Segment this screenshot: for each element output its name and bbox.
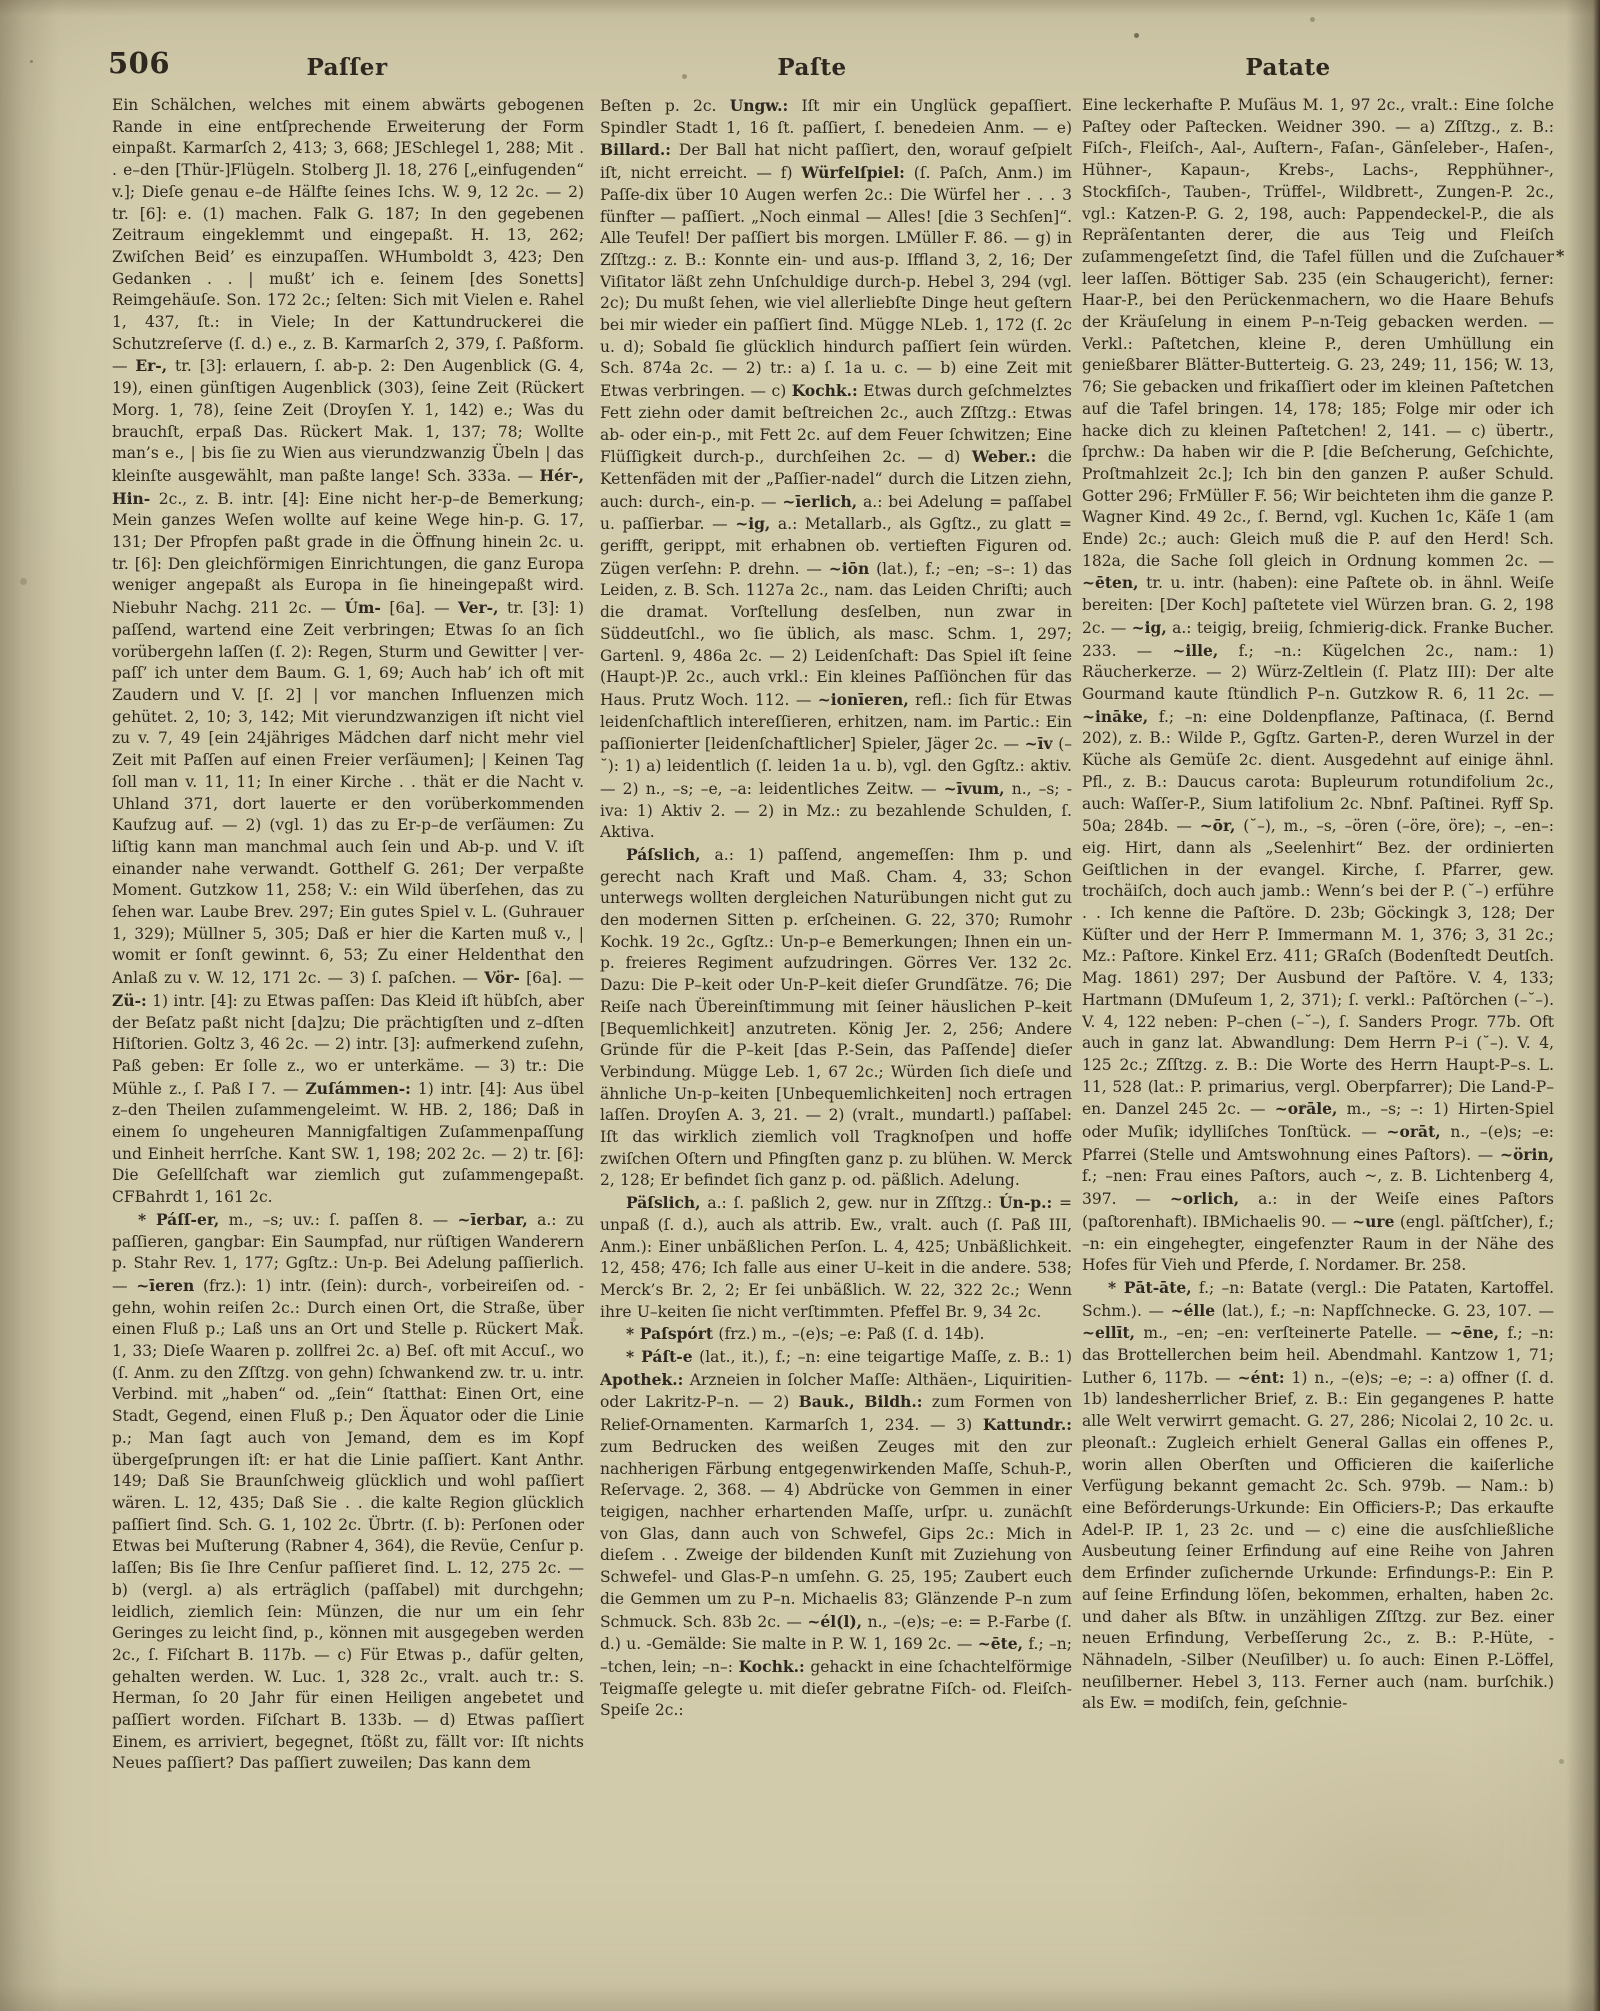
entry-headword: ~īerlich, <box>782 492 857 511</box>
entry-headword: ~orāt, <box>1387 1122 1441 1141</box>
entry-headword: Er-, <box>135 356 167 375</box>
entry-headword: ~ināke, <box>1082 707 1148 726</box>
entry-headword: * Pāt-āte, <box>1108 1278 1192 1297</box>
entry-headword: Weber.: <box>972 447 1037 466</box>
entry-headword: * Páſſ-er, <box>138 1210 219 1229</box>
dictionary-continuation-paragraph: Beſten p. 2c. Ungw.: Iſt mir ein Unglück… <box>600 95 1072 844</box>
entry-headword: Billard.: <box>600 140 671 159</box>
guide-word-paste: Paſte <box>777 54 846 81</box>
entry-headword: ~īv <box>1025 734 1053 753</box>
dictionary-entry-paragraph: Päſslich, a.: ſ. paßlich 2, gew. nur in … <box>600 1192 1072 1323</box>
entry-headword: ~élle <box>1171 1301 1216 1320</box>
paper-specks <box>30 60 33 63</box>
entry-headword: ~ēten, <box>1082 573 1139 592</box>
entry-headword: ~īeren <box>136 1276 194 1295</box>
entry-headword: Würfelſpiel: <box>801 163 905 182</box>
entry-headword: Ún-p.: <box>999 1193 1052 1212</box>
margin-asterisk: * <box>1556 246 1564 265</box>
entry-headword: ~ig, <box>735 514 770 533</box>
entry-headword: ~orlich, <box>1170 1189 1239 1208</box>
entry-headword: ~ure <box>1352 1212 1394 1231</box>
entry-headword: ~ēne, <box>1450 1323 1499 1342</box>
dictionary-page-scan: 506 Paſſer Paſte Patate Ein Schälchen, w… <box>0 0 1600 2011</box>
entry-headword: ~ig, <box>1132 618 1167 637</box>
entry-headword: ~ēte, <box>978 1634 1023 1653</box>
entry-headword: * Paſspórt <box>626 1324 713 1343</box>
entry-headword: ~örin, <box>1500 1145 1554 1164</box>
entry-headword: Ver-, <box>458 598 498 617</box>
entry-headword: Páſslich, <box>626 845 701 864</box>
guide-word-patate: Patate <box>1245 54 1330 81</box>
entry-headword: Vör- <box>484 968 520 987</box>
entry-headword: ~ille, <box>1172 641 1218 660</box>
entry-headword: Ungw.: <box>730 96 789 115</box>
entry-headword: Päſslich, <box>626 1193 701 1212</box>
dictionary-entry-paragraph: * Páſt-e (lat., it.), f.; –n: eine teiga… <box>600 1346 1072 1722</box>
dictionary-entry-paragraph: Páſslich, a.: 1) paſſend, angemeſſen: Ih… <box>600 844 1072 1192</box>
entry-headword: ~ōr, <box>1200 816 1236 835</box>
dictionary-entry-paragraph: * Pāt-āte, f.; –n: Batate (vergl.: Die P… <box>1082 1277 1554 1715</box>
entry-headword: ~īerbar, <box>458 1210 528 1229</box>
entry-headword: * Páſt-e <box>626 1347 693 1366</box>
dictionary-entry-paragraph: * Páſſ-er, m., –s; uv.: ſ. paſſen 8. — ~… <box>112 1209 584 1775</box>
entry-headword: Kochk.: <box>739 1657 805 1676</box>
entry-headword: Apothek.: <box>600 1370 683 1389</box>
entry-headword: Hér-, Hin- <box>112 466 584 508</box>
entry-headword: ~īvum, <box>944 779 1005 798</box>
dictionary-entry-paragraph: * Paſspórt (frz.) m., –(e)s; –e: Paß (ſ.… <box>600 1323 1072 1346</box>
dictionary-continuation-paragraph: Eine leckerhafte P. Muſäus M. 1, 97 2c.,… <box>1082 95 1554 1277</box>
entry-headword: Kochk.: <box>792 381 858 400</box>
entry-headword: Kattundr.: <box>983 1415 1072 1434</box>
entry-headword: ~iōn <box>829 559 869 578</box>
entry-headword: ~ionīeren, <box>818 690 909 709</box>
entry-headword: Zuſámmen-: <box>305 1079 410 1098</box>
entry-headword: ~orāle, <box>1275 1099 1338 1118</box>
entry-headword: Zü-: <box>112 991 147 1010</box>
entry-headword: ~él(l), <box>807 1612 862 1631</box>
column-2: Beſten p. 2c. Ungw.: Iſt mir ein Unglück… <box>600 95 1072 1907</box>
page-number: 506 <box>108 46 170 80</box>
entry-headword: ~ént: <box>1238 1368 1285 1387</box>
guide-word-passer: Paſſer <box>306 54 387 81</box>
entry-headword: ~ellīt, <box>1082 1323 1135 1342</box>
entry-headword: Bauk., Bildh.: <box>799 1392 923 1411</box>
column-3: Eine leckerhafte P. Muſäus M. 1, 97 2c.,… <box>1082 95 1554 1907</box>
dictionary-continuation-paragraph: Ein Schälchen, welches mit einem abwärts… <box>112 95 584 1209</box>
column-1: Ein Schälchen, welches mit einem abwärts… <box>112 95 584 1907</box>
entry-headword: Úm- <box>344 598 380 617</box>
